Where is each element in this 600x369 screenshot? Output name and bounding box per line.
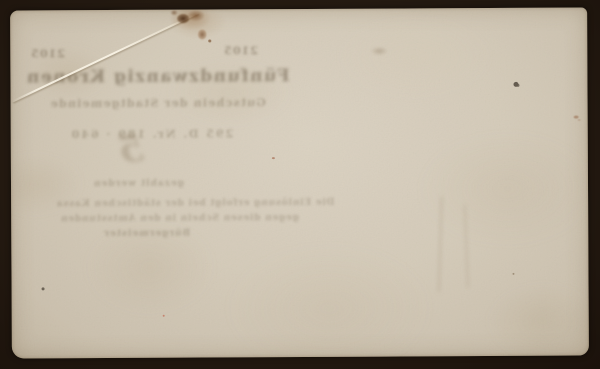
brown-stain bbox=[156, 7, 232, 48]
ghost-text-line-h: Bürgermeister bbox=[103, 230, 190, 239]
faint-smudge bbox=[370, 47, 388, 56]
ghost-text-fragment-left: 2105 bbox=[30, 48, 65, 59]
foxing-speck bbox=[512, 273, 514, 275]
foxing-speck bbox=[208, 39, 211, 42]
ghost-text-line-f: Die Einlösung erfolgt bei der städtische… bbox=[56, 199, 334, 209]
foxing-speck bbox=[163, 315, 165, 317]
foxing-speck bbox=[513, 82, 518, 87]
ghost-text-line-g: gegen diesen Schein in den Amtsstunden bbox=[60, 214, 299, 224]
ghost-text-subtitle-line: Gutschein der Stadtgemeinde bbox=[50, 97, 266, 109]
banknote-reverse-paper: 2105 2105 Fünfundzwanzig Kronen Gutschei… bbox=[10, 7, 589, 358]
ghost-text-serial-line: 295 D. Nr. 189 · 640 bbox=[70, 128, 234, 140]
photo-background: 2105 2105 Fünfundzwanzig Kronen Gutschei… bbox=[0, 0, 600, 369]
foxing-speck bbox=[42, 287, 45, 290]
foxing-speck bbox=[272, 157, 275, 159]
ghost-denomination-numeral: 5 bbox=[115, 130, 146, 170]
foxing-speck bbox=[574, 116, 579, 119]
ghost-text-line-e: gezahlt werden bbox=[93, 180, 184, 189]
